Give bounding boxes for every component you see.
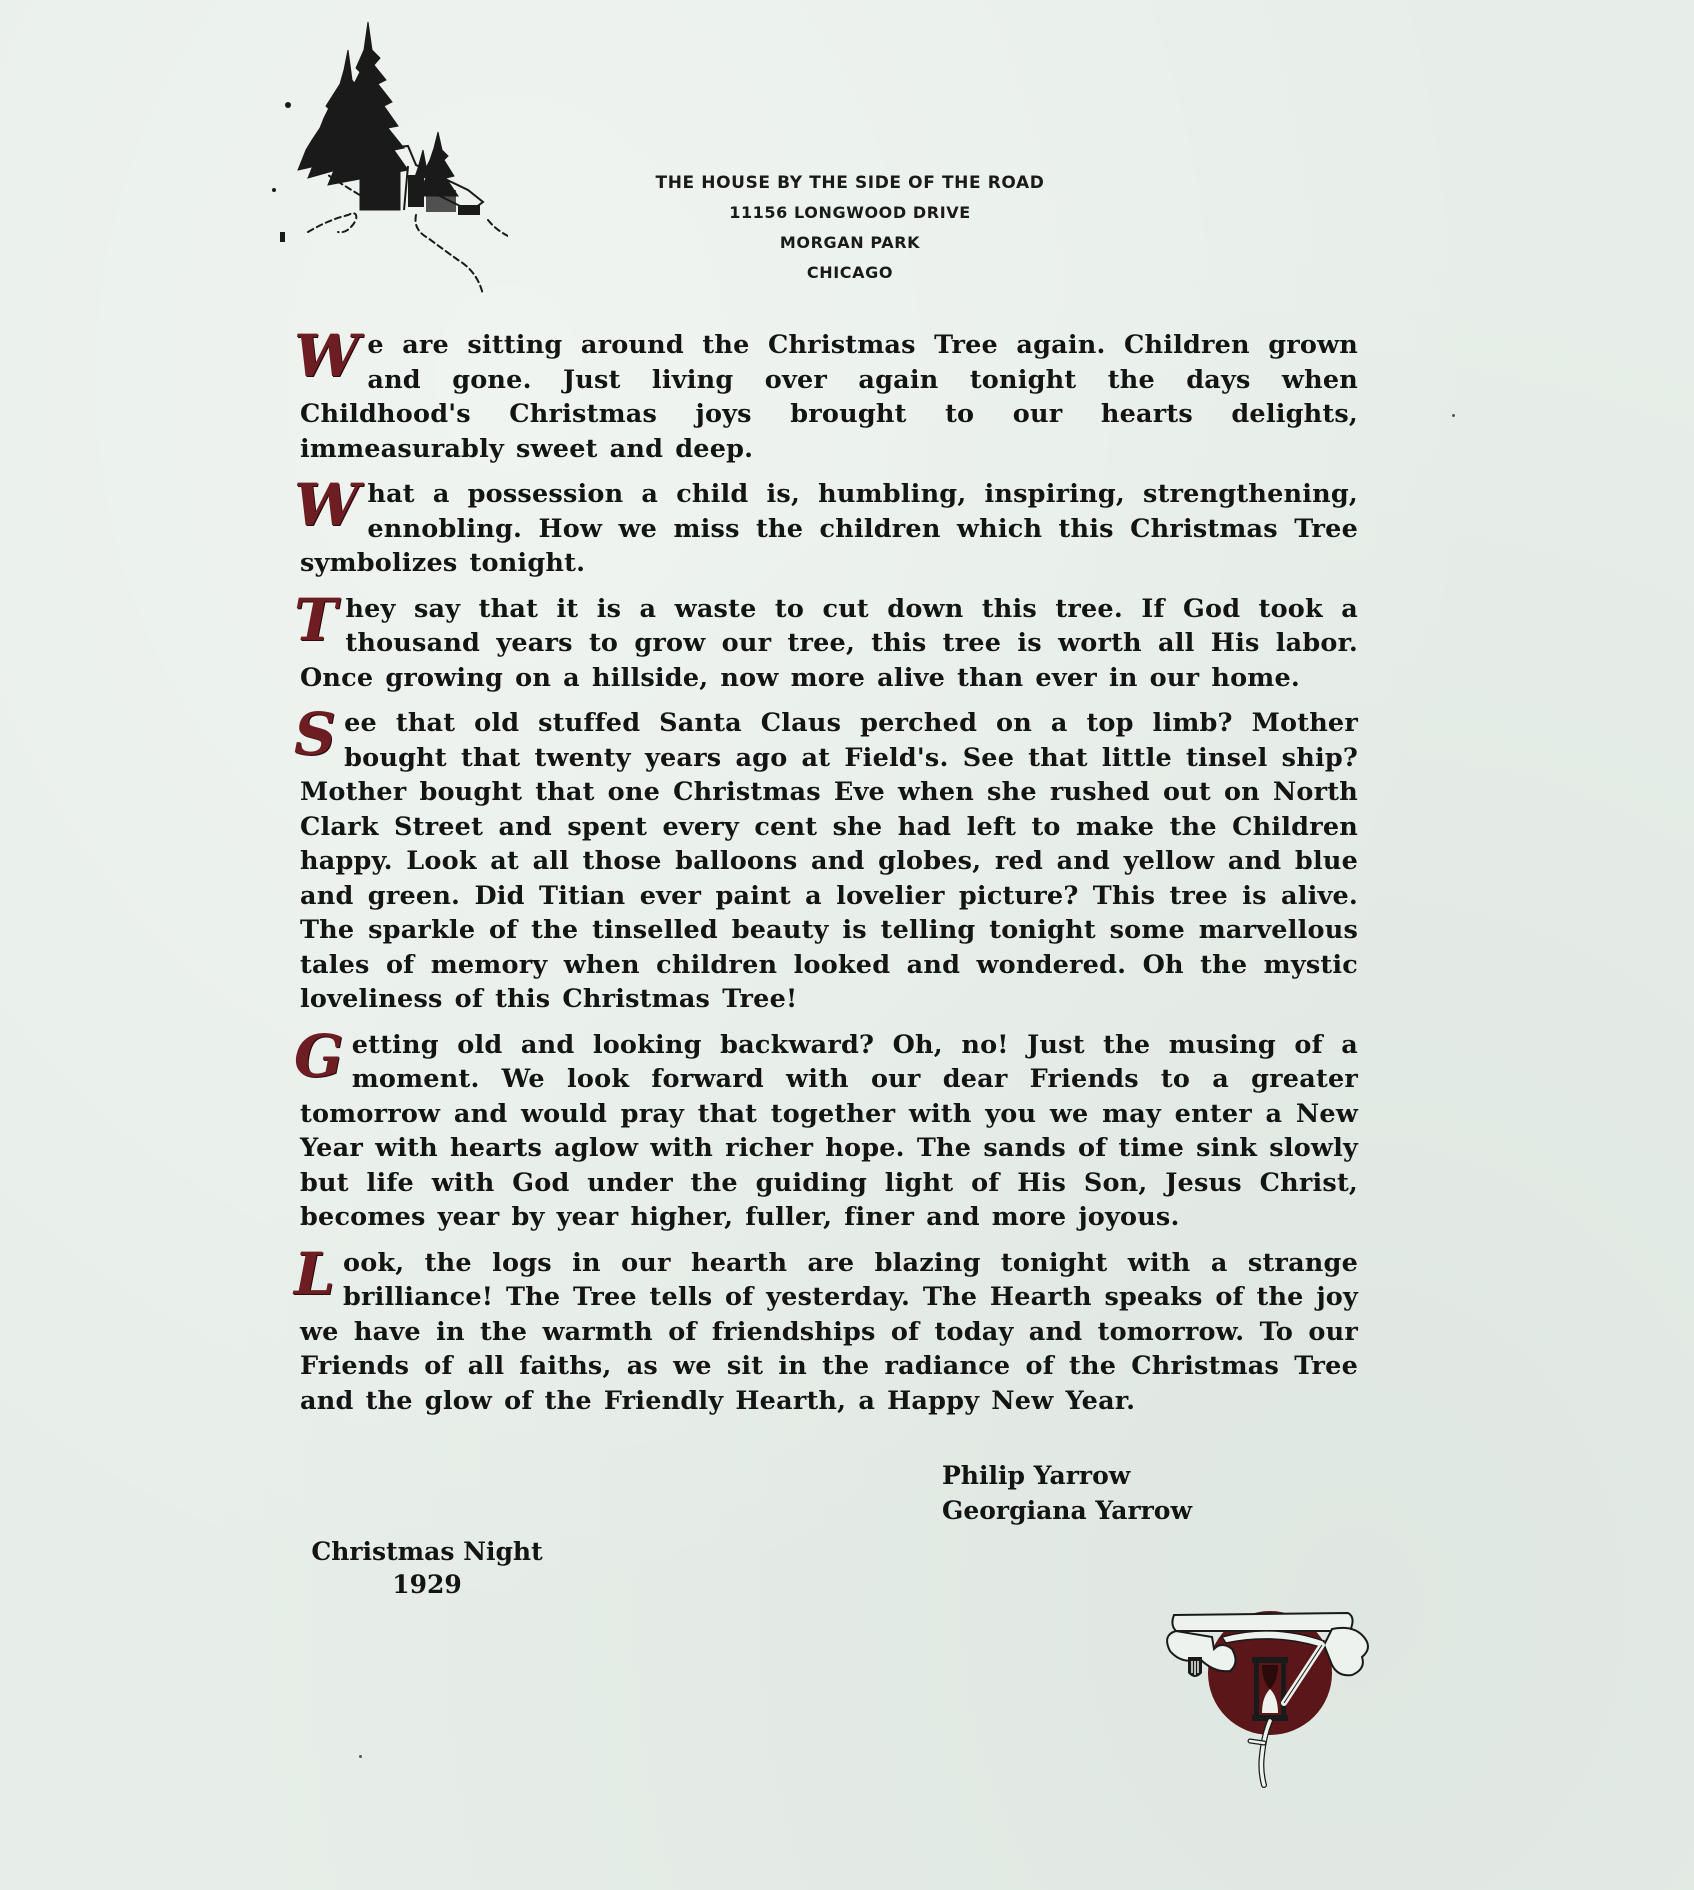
- paragraph-3: They say that it is a waste to cut down …: [300, 592, 1358, 696]
- paragraph-text: etting old and looking backward? Oh, no!…: [300, 1030, 1358, 1233]
- letter-body: We are sitting around the Christmas Tree…: [300, 328, 1358, 1429]
- signature-philip: Philip Yarrow: [942, 1458, 1192, 1493]
- paragraph-text: e are sitting around the Christmas Tree …: [300, 330, 1358, 464]
- paragraph-2: What a possession a child is, humbling, …: [300, 477, 1358, 581]
- house-name: THE HOUSE BY THE SIDE OF THE ROAD: [600, 168, 1100, 198]
- drop-cap: S: [294, 708, 336, 760]
- paragraph-5: Getting old and looking backward? Oh, no…: [300, 1028, 1358, 1235]
- drop-cap: L: [294, 1248, 335, 1300]
- paragraph-4: See that old stuffed Santa Claus perched…: [300, 706, 1358, 1017]
- year: 1929: [296, 1568, 558, 1601]
- occasion: Christmas Night: [296, 1535, 558, 1568]
- dateline: Christmas Night 1929: [296, 1535, 558, 1601]
- drop-cap: W: [294, 479, 359, 531]
- paragraph-1: We are sitting around the Christmas Tree…: [300, 328, 1358, 466]
- paragraph-6: Look, the logs in our hearth are blazing…: [300, 1246, 1358, 1419]
- paragraph-text: ee that old stuffed Santa Claus perched …: [300, 708, 1358, 1014]
- hourglass-scythe-banner-emblem: [1152, 1585, 1377, 1790]
- signature-georgiana: Georgiana Yarrow: [942, 1493, 1192, 1528]
- drop-cap: W: [294, 330, 359, 382]
- drop-cap: T: [294, 594, 337, 646]
- paragraph-text: hat a possession a child is, humbling, i…: [300, 479, 1358, 578]
- letterhead-address: THE HOUSE BY THE SIDE OF THE ROAD 11156 …: [600, 168, 1100, 288]
- paragraph-text: ook, the logs in our hearth are blazing …: [300, 1248, 1358, 1416]
- paper-speck: [359, 1755, 362, 1758]
- signature-block: Philip Yarrow Georgiana Yarrow: [942, 1458, 1192, 1528]
- city: CHICAGO: [600, 258, 1100, 288]
- street-address: 11156 LONGWOOD DRIVE: [600, 198, 1100, 228]
- paper-speck: [1452, 414, 1455, 417]
- drop-cap: G: [294, 1030, 344, 1082]
- pine-trees-cottage-illustration: [268, 10, 508, 305]
- district: MORGAN PARK: [600, 228, 1100, 258]
- paragraph-text: hey say that it is a waste to cut down t…: [300, 594, 1358, 693]
